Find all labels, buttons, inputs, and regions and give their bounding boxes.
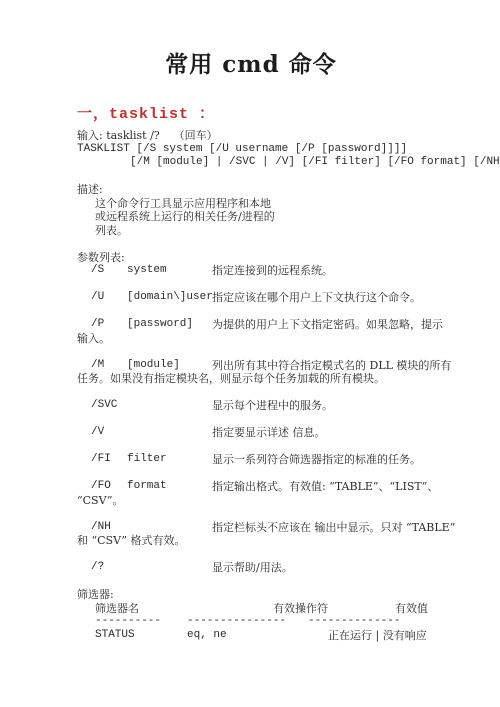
description-line: 或远程系统上运行的相关任务/进程的 (77, 210, 425, 224)
parameter-flag: /U (91, 291, 127, 305)
parameter-arg: [module] (127, 359, 212, 373)
parameter-arg: filter (127, 453, 212, 467)
parameter-flag: /M (91, 359, 127, 373)
parameter-desc: 指定应该在哪个用户上下文执行这个命令。 (212, 291, 421, 305)
parameter-arg: system (127, 264, 212, 278)
filter-header-operators: 有效操作符 (273, 602, 328, 616)
filter-data-row: STATUS eq, ne 正在运行 | 没有响应 (77, 629, 425, 643)
parameter-desc: 显示帮助/用法。 (212, 561, 293, 575)
parameter-desc-continuation: 输入。 (77, 332, 425, 346)
filters-label: 筛选器: (77, 588, 425, 602)
filter-header-values: 有效值 (395, 602, 428, 616)
filter-divider-row: ---------- --------------- -------------… (77, 615, 425, 629)
filter-header-name: 筛选器名 (95, 602, 139, 616)
description-line: 列表。 (77, 224, 425, 238)
parameter-flag: /V (91, 426, 127, 440)
parameter-desc-continuation: 任务。如果没有指定模块名，则显示每个任务加载的所有模块。 (77, 372, 425, 386)
parameter-arg: [password] (127, 318, 212, 332)
page-title: 常用 cmd 命令 (77, 48, 425, 82)
divider-dashes: -------------- (308, 615, 400, 629)
parameter-desc: 指定连接到的远程系统。 (212, 264, 333, 278)
parameter-item: /P [password] 为提供的用户上下文指定密码。如果忽略，提示 输入。 (77, 318, 425, 345)
parameter-item: /FI filter 显示一系列符合筛选器指定的标准的任务。 (77, 453, 425, 467)
parameter-desc-continuation: “CSV”。 (77, 494, 425, 508)
parameter-arg (127, 399, 212, 413)
parameter-flag: /NH (91, 521, 127, 535)
parameter-arg (127, 426, 212, 440)
parameter-item: /SVC 显示每个进程中的服务。 (77, 399, 425, 413)
parameter-arg (127, 561, 212, 575)
parameter-desc: 列出所有其中符合指定模式名的 DLL 模块的所有 (212, 359, 451, 373)
parameter-item: /S system 指定连接到的远程系统。 (77, 264, 425, 278)
divider-dashes: ---------- (95, 615, 161, 629)
filter-operators-value: eq, ne (187, 629, 227, 643)
description-line: 这个命令行工具显示应用程序和本地 (77, 197, 425, 211)
parameters-label: 参数列表: (77, 251, 425, 265)
filter-values-value: 正在运行 | 没有响应 (328, 629, 427, 643)
parameter-arg: format (127, 480, 212, 494)
parameter-flag: /P (91, 318, 127, 332)
parameter-desc: 指定输出格式。有效值: “TABLE”、“LIST”、 (212, 480, 438, 494)
divider-dashes: --------------- (187, 615, 286, 629)
filter-header-row: 筛选器名 有效操作符 有效值 (77, 602, 425, 616)
parameter-flag: /? (91, 561, 127, 575)
parameter-flag: /SVC (91, 399, 127, 413)
parameter-flag: /FI (91, 453, 127, 467)
parameter-item: /? 显示帮助/用法。 (77, 561, 425, 575)
parameter-desc: 为提供的用户上下文指定密码。如果忽略，提示 (212, 318, 443, 332)
filter-name-value: STATUS (95, 629, 135, 643)
parameter-item: /V 指定要显示详述 信息。 (77, 426, 425, 440)
document-page: 常用 cmd 命令 一，tasklist ： 输入: tasklist /? （… (0, 0, 500, 707)
description-label: 描述: (77, 183, 425, 197)
parameter-desc: 指定要显示详述 信息。 (212, 426, 326, 440)
syntax-line-2: [/M [module] | /SVC | /V] [/FI filter] [… (77, 156, 425, 170)
parameter-arg (127, 521, 212, 535)
parameter-item: /NH 指定栏标头不应该在 输出中显示。只对 “TABLE” 和 “CSV” 格… (77, 521, 425, 548)
parameter-flag: /FO (91, 480, 127, 494)
parameter-desc: 显示每个进程中的服务。 (212, 399, 333, 413)
parameter-item: /U [domain\]user 指定应该在哪个用户上下文执行这个命令。 (77, 291, 425, 305)
section-heading: 一，tasklist ： (77, 102, 425, 123)
parameter-desc: 显示一系列符合筛选器指定的标准的任务。 (212, 453, 421, 467)
syntax-line-1: TASKLIST [/S system [/U username [/P [pa… (77, 143, 425, 157)
parameter-item: /M [module] 列出所有其中符合指定模式名的 DLL 模块的所有 任务。… (77, 359, 425, 386)
parameter-item: /FO format 指定输出格式。有效值: “TABLE”、“LIST”、 “… (77, 480, 425, 507)
parameter-flag: /S (91, 264, 127, 278)
parameter-desc-continuation: 和 “CSV” 格式有效。 (77, 534, 425, 548)
parameter-desc: 指定栏标头不应该在 输出中显示。只对 “TABLE” (212, 521, 455, 535)
parameter-arg: [domain\]user (127, 291, 212, 305)
input-line: 输入: tasklist /? （回车） (77, 129, 425, 143)
